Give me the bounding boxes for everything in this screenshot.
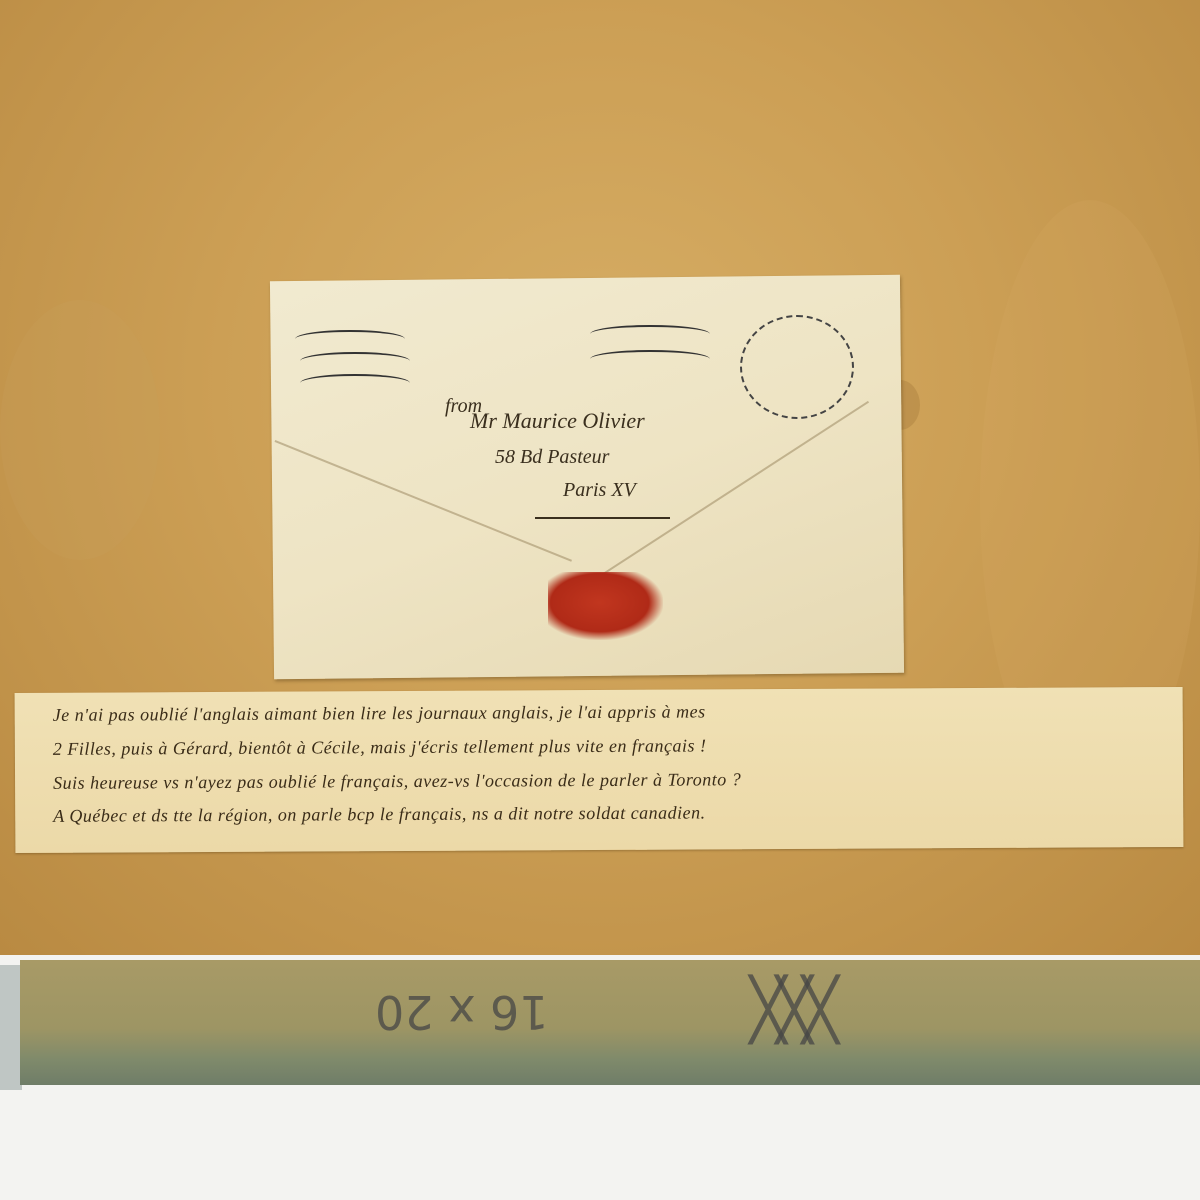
handwritten-note: Je n'ai pas oublié l'anglais aimant bien…	[15, 687, 1184, 853]
pencil-scribble: ╳╳╳	[750, 975, 828, 1045]
wax-seal	[548, 572, 663, 640]
postal-cancel-wave	[590, 325, 710, 343]
pencil-size-mark: 16 x 20	[375, 985, 549, 1039]
postmark-stamp: 16 ... 32	[740, 315, 854, 419]
address-underline	[535, 517, 670, 519]
postal-cancel-wave	[300, 352, 410, 370]
address-street: 58 Bd Pasteur	[495, 447, 609, 467]
address-name: Mr Maurice Olivier	[470, 410, 645, 432]
note-line: Je n'ai pas oublié l'anglais aimant bien…	[53, 701, 706, 725]
frame-tape	[0, 965, 22, 1090]
note-line: A Québec et ds tte la région, on parle b…	[53, 802, 706, 826]
postal-cancel-wave	[295, 330, 405, 348]
postal-cancel-wave	[300, 374, 410, 392]
note-line: Suis heureuse vs n'ayez pas oublié le fr…	[53, 769, 741, 794]
frame-stretcher-bar	[20, 960, 1200, 1085]
stain	[0, 300, 160, 560]
note-line: 2 Filles, puis à Gérard, bientôt à Cécil…	[53, 735, 707, 759]
postal-cancel-wave	[590, 350, 710, 368]
address-city: Paris XV	[563, 480, 636, 500]
